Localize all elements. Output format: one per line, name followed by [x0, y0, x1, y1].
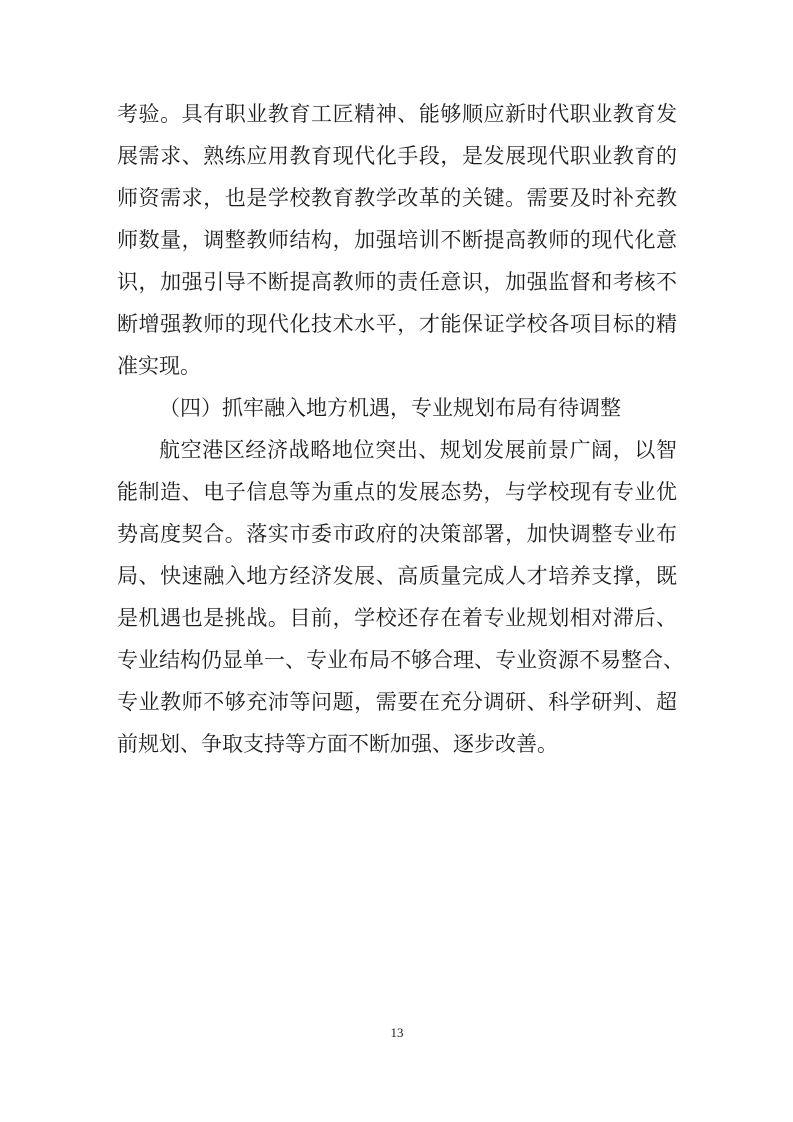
page-number: 13	[391, 1025, 404, 1040]
text-line: 专业结构仍显单一、专业布局不够合理、专业资源不易整合、	[117, 639, 677, 681]
text-line: 准实现。	[117, 345, 677, 387]
text-line: 势高度契合。落实市委市政府的决策部署，加快调整专业布	[117, 513, 677, 555]
text-line: 展需求、熟练应用教育现代化手段，是发展现代职业教育的	[117, 135, 677, 177]
document-content: 考验。具有职业教育工匠精神、能够顺应新时代职业教育发展需求、熟练应用教育现代化手…	[117, 93, 677, 765]
text-line: 断增强教师的现代化技术水平，才能保证学校各项目标的精	[117, 303, 677, 345]
text-line: 考验。具有职业教育工匠精神、能够顺应新时代职业教育发	[117, 93, 677, 135]
text-line: 局、快速融入地方经济发展、高质量完成人才培养支撑，既	[117, 555, 677, 597]
text-line: 是机遇也是挑战。目前，学校还存在着专业规划相对滞后、	[117, 597, 677, 639]
text-line: 师数量，调整教师结构，加强培训不断提高教师的现代化意	[117, 219, 677, 261]
text-line: 师资需求，也是学校教育教学改革的关键。需要及时补充教	[117, 177, 677, 219]
document-page: 考验。具有职业教育工匠精神、能够顺应新时代职业教育发展需求、熟练应用教育现代化手…	[0, 0, 793, 1122]
text-line: 识，加强引导不断提高教师的责任意识，加强监督和考核不	[117, 261, 677, 303]
text-line: 前规划、争取支持等方面不断加强、逐步改善。	[117, 723, 677, 765]
text-line: 能制造、电子信息等为重点的发展态势，与学校现有专业优	[117, 471, 677, 513]
page-footer: 13	[117, 1024, 677, 1042]
section-heading: （四）抓牢融入地方机遇，专业规划布局有待调整	[117, 387, 677, 429]
text-line: 航空港区经济战略地位突出、规划发展前景广阔，以智	[117, 429, 677, 471]
text-line: 专业教师不够充沛等问题，需要在充分调研、科学研判、超	[117, 681, 677, 723]
